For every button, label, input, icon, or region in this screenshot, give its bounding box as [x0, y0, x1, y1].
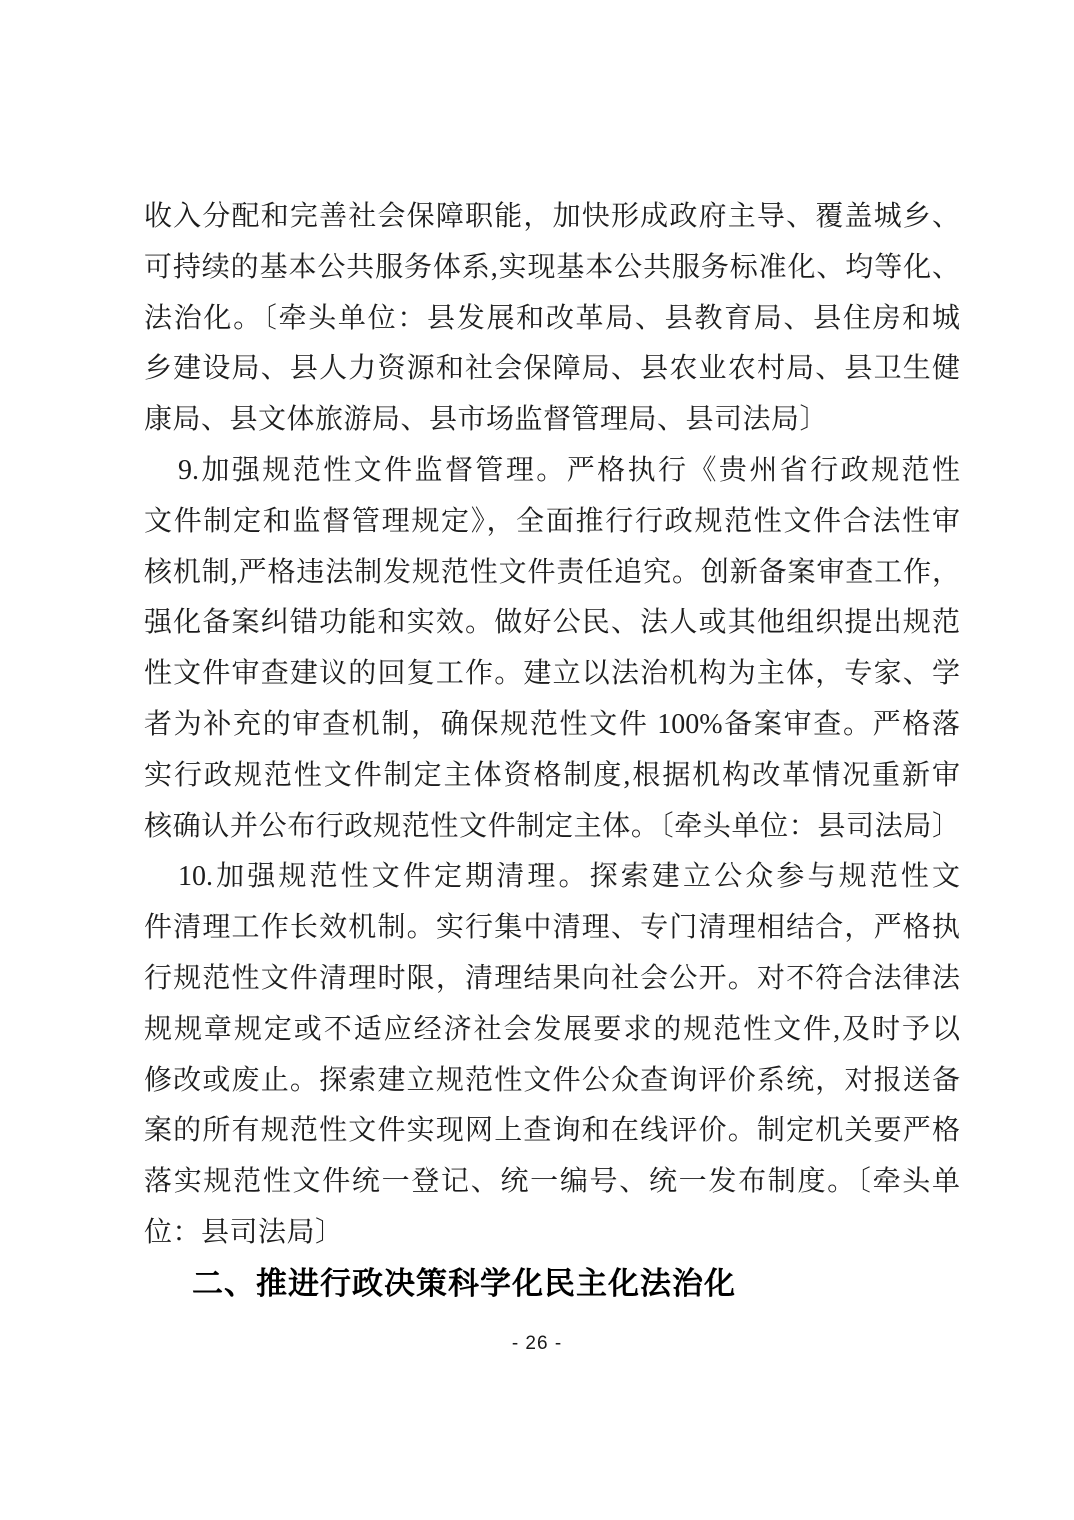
- text-line: 核机制,严格违法制发规范性文件责任追究。创新备案审查工作，: [144, 548, 960, 599]
- document-page: 收入分配和完善社会保障职能，加快形成政府主导、覆盖城乡、可持续的基本公共服务体系…: [0, 0, 1074, 1520]
- text-line: 件清理工作长效机制。实行集中清理、专门清理相结合，严格执: [144, 903, 960, 954]
- document-body: 收入分配和完善社会保障职能，加快形成政府主导、覆盖城乡、可持续的基本公共服务体系…: [144, 192, 960, 1310]
- text-line: 收入分配和完善社会保障职能，加快形成政府主导、覆盖城乡、: [144, 192, 960, 243]
- text-line: 9.加强规范性文件监督管理。严格执行《贵州省行政规范性: [144, 446, 960, 497]
- text-line: 法治化。〔牵头单位：县发展和改革局、县教育局、县住房和城: [144, 294, 960, 345]
- text-line: 实行政规范性文件制定主体资格制度,根据机构改革情况重新审: [144, 751, 960, 802]
- paragraph-continuation: 收入分配和完善社会保障职能，加快形成政府主导、覆盖城乡、可持续的基本公共服务体系…: [144, 192, 960, 446]
- page-number: - 26 -: [512, 1333, 562, 1354]
- text-line: 二、推进行政决策科学化民主化法治化: [144, 1259, 960, 1310]
- text-line: 行规范性文件清理时限，清理结果向社会公开。对不符合法律法: [144, 954, 960, 1005]
- text-line: 强化备案纠错功能和实效。做好公民、法人或其他组织提出规范: [144, 598, 960, 649]
- text-line: 位：县司法局〕: [144, 1208, 960, 1259]
- text-line: 乡建设局、县人力资源和社会保障局、县农业农村局、县卫生健: [144, 344, 960, 395]
- text-line: 规规章规定或不适应经济社会发展要求的规范性文件,及时予以: [144, 1005, 960, 1056]
- paragraph-item-9: 9.加强规范性文件监督管理。严格执行《贵州省行政规范性文件制定和监督管理规定》，…: [144, 446, 960, 852]
- text-line: 康局、县文体旅游局、县市场监督管理局、县司法局〕: [144, 395, 960, 446]
- text-line: 10.加强规范性文件定期清理。探索建立公众参与规范性文: [144, 852, 960, 903]
- text-line: 者为补充的审查机制，确保规范性文件 100%备案审查。严格落: [144, 700, 960, 751]
- text-line: 可持续的基本公共服务体系,实现基本公共服务标准化、均等化、: [144, 243, 960, 294]
- text-line: 文件制定和监督管理规定》，全面推行行政规范性文件合法性审: [144, 497, 960, 548]
- text-line: 核确认并公布行政规范性文件制定主体。〔牵头单位：县司法局〕: [144, 802, 960, 853]
- text-line: 案的所有规范性文件实现网上查询和在线评价。制定机关要严格: [144, 1106, 960, 1157]
- paragraph-item-10: 10.加强规范性文件定期清理。探索建立公众参与规范性文件清理工作长效机制。实行集…: [144, 852, 960, 1258]
- text-line: 落实规范性文件统一登记、统一编号、统一发布制度。〔牵头单: [144, 1157, 960, 1208]
- section-heading-2: 二、推进行政决策科学化民主化法治化: [144, 1259, 960, 1310]
- text-line: 修改或废止。探索建立规范性文件公众查询评价系统，对报送备: [144, 1056, 960, 1107]
- text-line: 性文件审查建议的回复工作。建立以法治机构为主体，专家、学: [144, 649, 960, 700]
- page-footer: - 26 -: [0, 1333, 1074, 1355]
